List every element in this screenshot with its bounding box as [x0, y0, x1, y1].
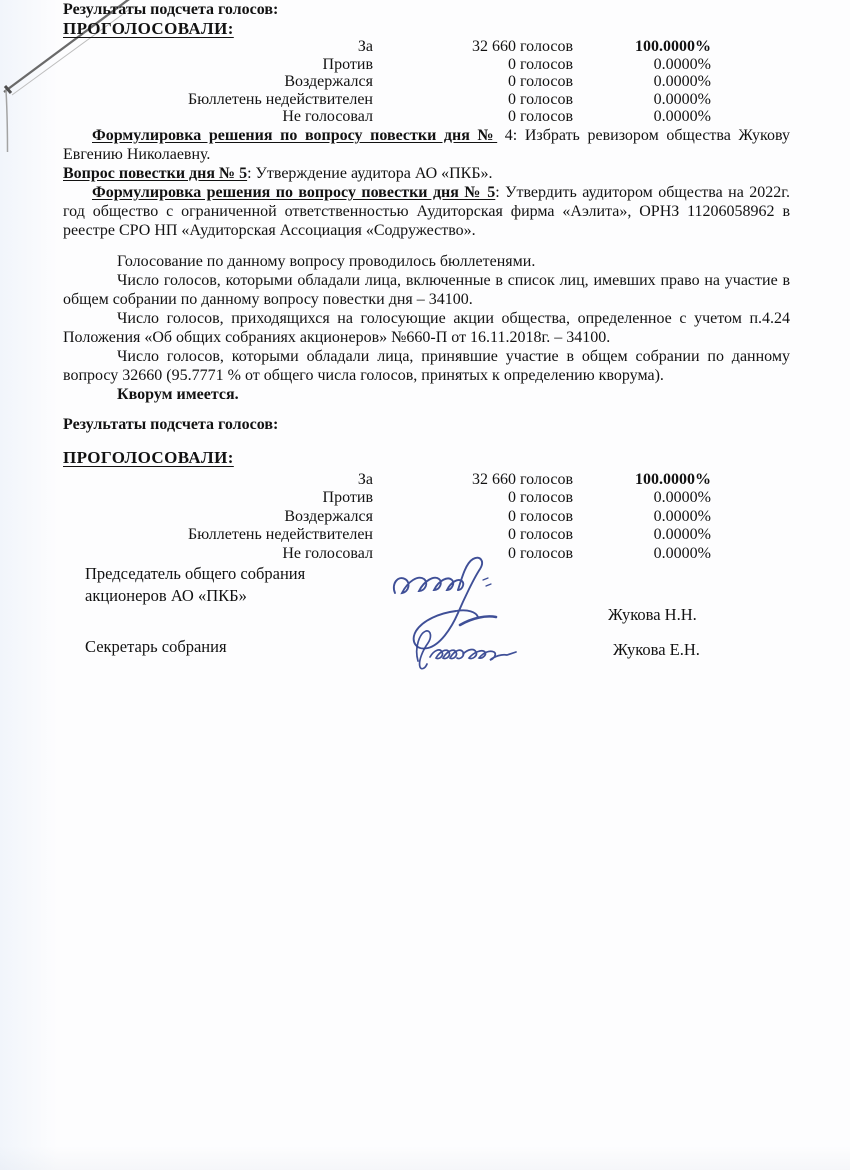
vote-count: 32 660 голосов — [373, 471, 573, 490]
chairman-role-label: Председатель общего собрания акционеров … — [85, 563, 325, 607]
vote-percent: 100.0000% — [573, 38, 711, 56]
table-row: Против 0 голосов 0.0000% — [63, 489, 790, 508]
vote-count: 0 голосов — [373, 508, 573, 527]
table-row: Не голосовал 0 голосов 0.0000% — [63, 108, 790, 126]
signature-block: Председатель общего собрания акционеров … — [63, 563, 790, 728]
table-row: Бюллетень недействителен 0 голосов 0.000… — [63, 91, 790, 109]
vote-option-label: Не голосовал — [63, 108, 373, 126]
vote-percent: 0.0000% — [573, 56, 711, 74]
question-5-text: : Утверждение аудитора АО «ПКБ». — [247, 165, 492, 182]
vote-percent: 0.0000% — [573, 108, 711, 126]
voted-heading-q5: ПРОГОЛОСОВАЛИ: — [63, 448, 790, 467]
votes-participated-paragraph: Число голосов, которыми обладали лица, п… — [63, 347, 790, 385]
resolution-q4-lead: Формулировка решения по вопросу повестки… — [92, 127, 497, 144]
vote-percent: 0.0000% — [573, 91, 711, 109]
vote-option-label: Не голосовал — [63, 545, 373, 564]
vote-option-label: Против — [63, 489, 373, 508]
results-heading-q4: Результаты подсчета голосов: — [63, 0, 790, 19]
vote-option-label: Воздержался — [63, 73, 373, 91]
table-row: Против 0 голосов 0.0000% — [63, 56, 790, 74]
vote-count: 0 голосов — [373, 91, 573, 109]
vote-option-label: Против — [63, 56, 373, 74]
voting-shares-paragraph: Число голосов, приходящихся на голосующи… — [63, 309, 790, 347]
table-row: Бюллетень недействителен 0 голосов 0.000… — [63, 526, 790, 545]
secretary-role-label: Секретарь собрания — [85, 636, 325, 658]
quorum-statement: Кворум имеется. — [63, 385, 790, 404]
agenda-question-5: Вопрос повестки дня № 5: Утверждение ауд… — [63, 164, 790, 183]
vote-count: 0 голосов — [373, 526, 573, 545]
vote-option-label: За — [63, 38, 373, 56]
vote-count: 0 голосов — [373, 108, 573, 126]
resolution-q5-paragraph: Формулировка решения по вопросу повестки… — [63, 183, 790, 240]
vote-option-label: Воздержался — [63, 508, 373, 527]
vote-percent: 0.0000% — [573, 545, 711, 564]
voted-heading-q4: ПРОГОЛОСОВАЛИ: — [63, 19, 790, 38]
vote-count: 0 голосов — [373, 56, 573, 74]
vote-option-label: Бюллетень недействителен — [63, 91, 373, 109]
secretary-signature — [410, 625, 522, 673]
document-body: Результаты подсчета голосов: ПРОГОЛОСОВА… — [63, 0, 790, 728]
vote-percent: 0.0000% — [573, 489, 711, 508]
vote-count: 0 голосов — [373, 73, 573, 91]
resolution-q4-paragraph: Формулировка решения по вопросу повестки… — [63, 126, 790, 164]
table-row: Воздержался 0 голосов 0.0000% — [63, 73, 790, 91]
vote-percent: 100.0000% — [573, 471, 711, 490]
table-row: Воздержался 0 голосов 0.0000% — [63, 508, 790, 527]
vote-percent: 0.0000% — [573, 73, 711, 91]
table-row: За 32 660 голосов 100.0000% — [63, 38, 790, 56]
scanned-document-page: Результаты подсчета голосов: ПРОГОЛОСОВА… — [0, 0, 850, 1170]
vote-percent: 0.0000% — [573, 526, 711, 545]
vote-percent: 0.0000% — [573, 508, 711, 527]
vote-count: 0 голосов — [373, 489, 573, 508]
results-heading-q5: Результаты подсчета голосов: — [63, 415, 790, 434]
vote-option-label: Бюллетень недействителен — [63, 526, 373, 545]
chairman-name: Жукова Н.Н. — [608, 605, 697, 624]
resolution-q5-lead: Формулировка решения по вопросу повестки… — [92, 184, 495, 201]
vote-results-table-q5: За 32 660 голосов 100.0000% Против 0 гол… — [63, 471, 790, 564]
vote-results-table-q4: За 32 660 голосов 100.0000% Против 0 гол… — [63, 38, 790, 126]
secretary-name: Жукова Е.Н. — [613, 640, 700, 659]
vote-option-label: За — [63, 471, 373, 490]
scan-left-edge-tint — [0, 0, 58, 1170]
question-5-lead: Вопрос повестки дня № 5 — [63, 165, 247, 182]
vote-count: 32 660 голосов — [373, 38, 573, 56]
voting-procedure-paragraph: Голосование по данному вопросу проводило… — [63, 252, 790, 271]
scan-bottom-edge-tint — [0, 1146, 850, 1170]
table-row: За 32 660 голосов 100.0000% — [63, 471, 790, 490]
votes-on-list-paragraph: Число голосов, которыми обладали лица, в… — [63, 271, 790, 309]
